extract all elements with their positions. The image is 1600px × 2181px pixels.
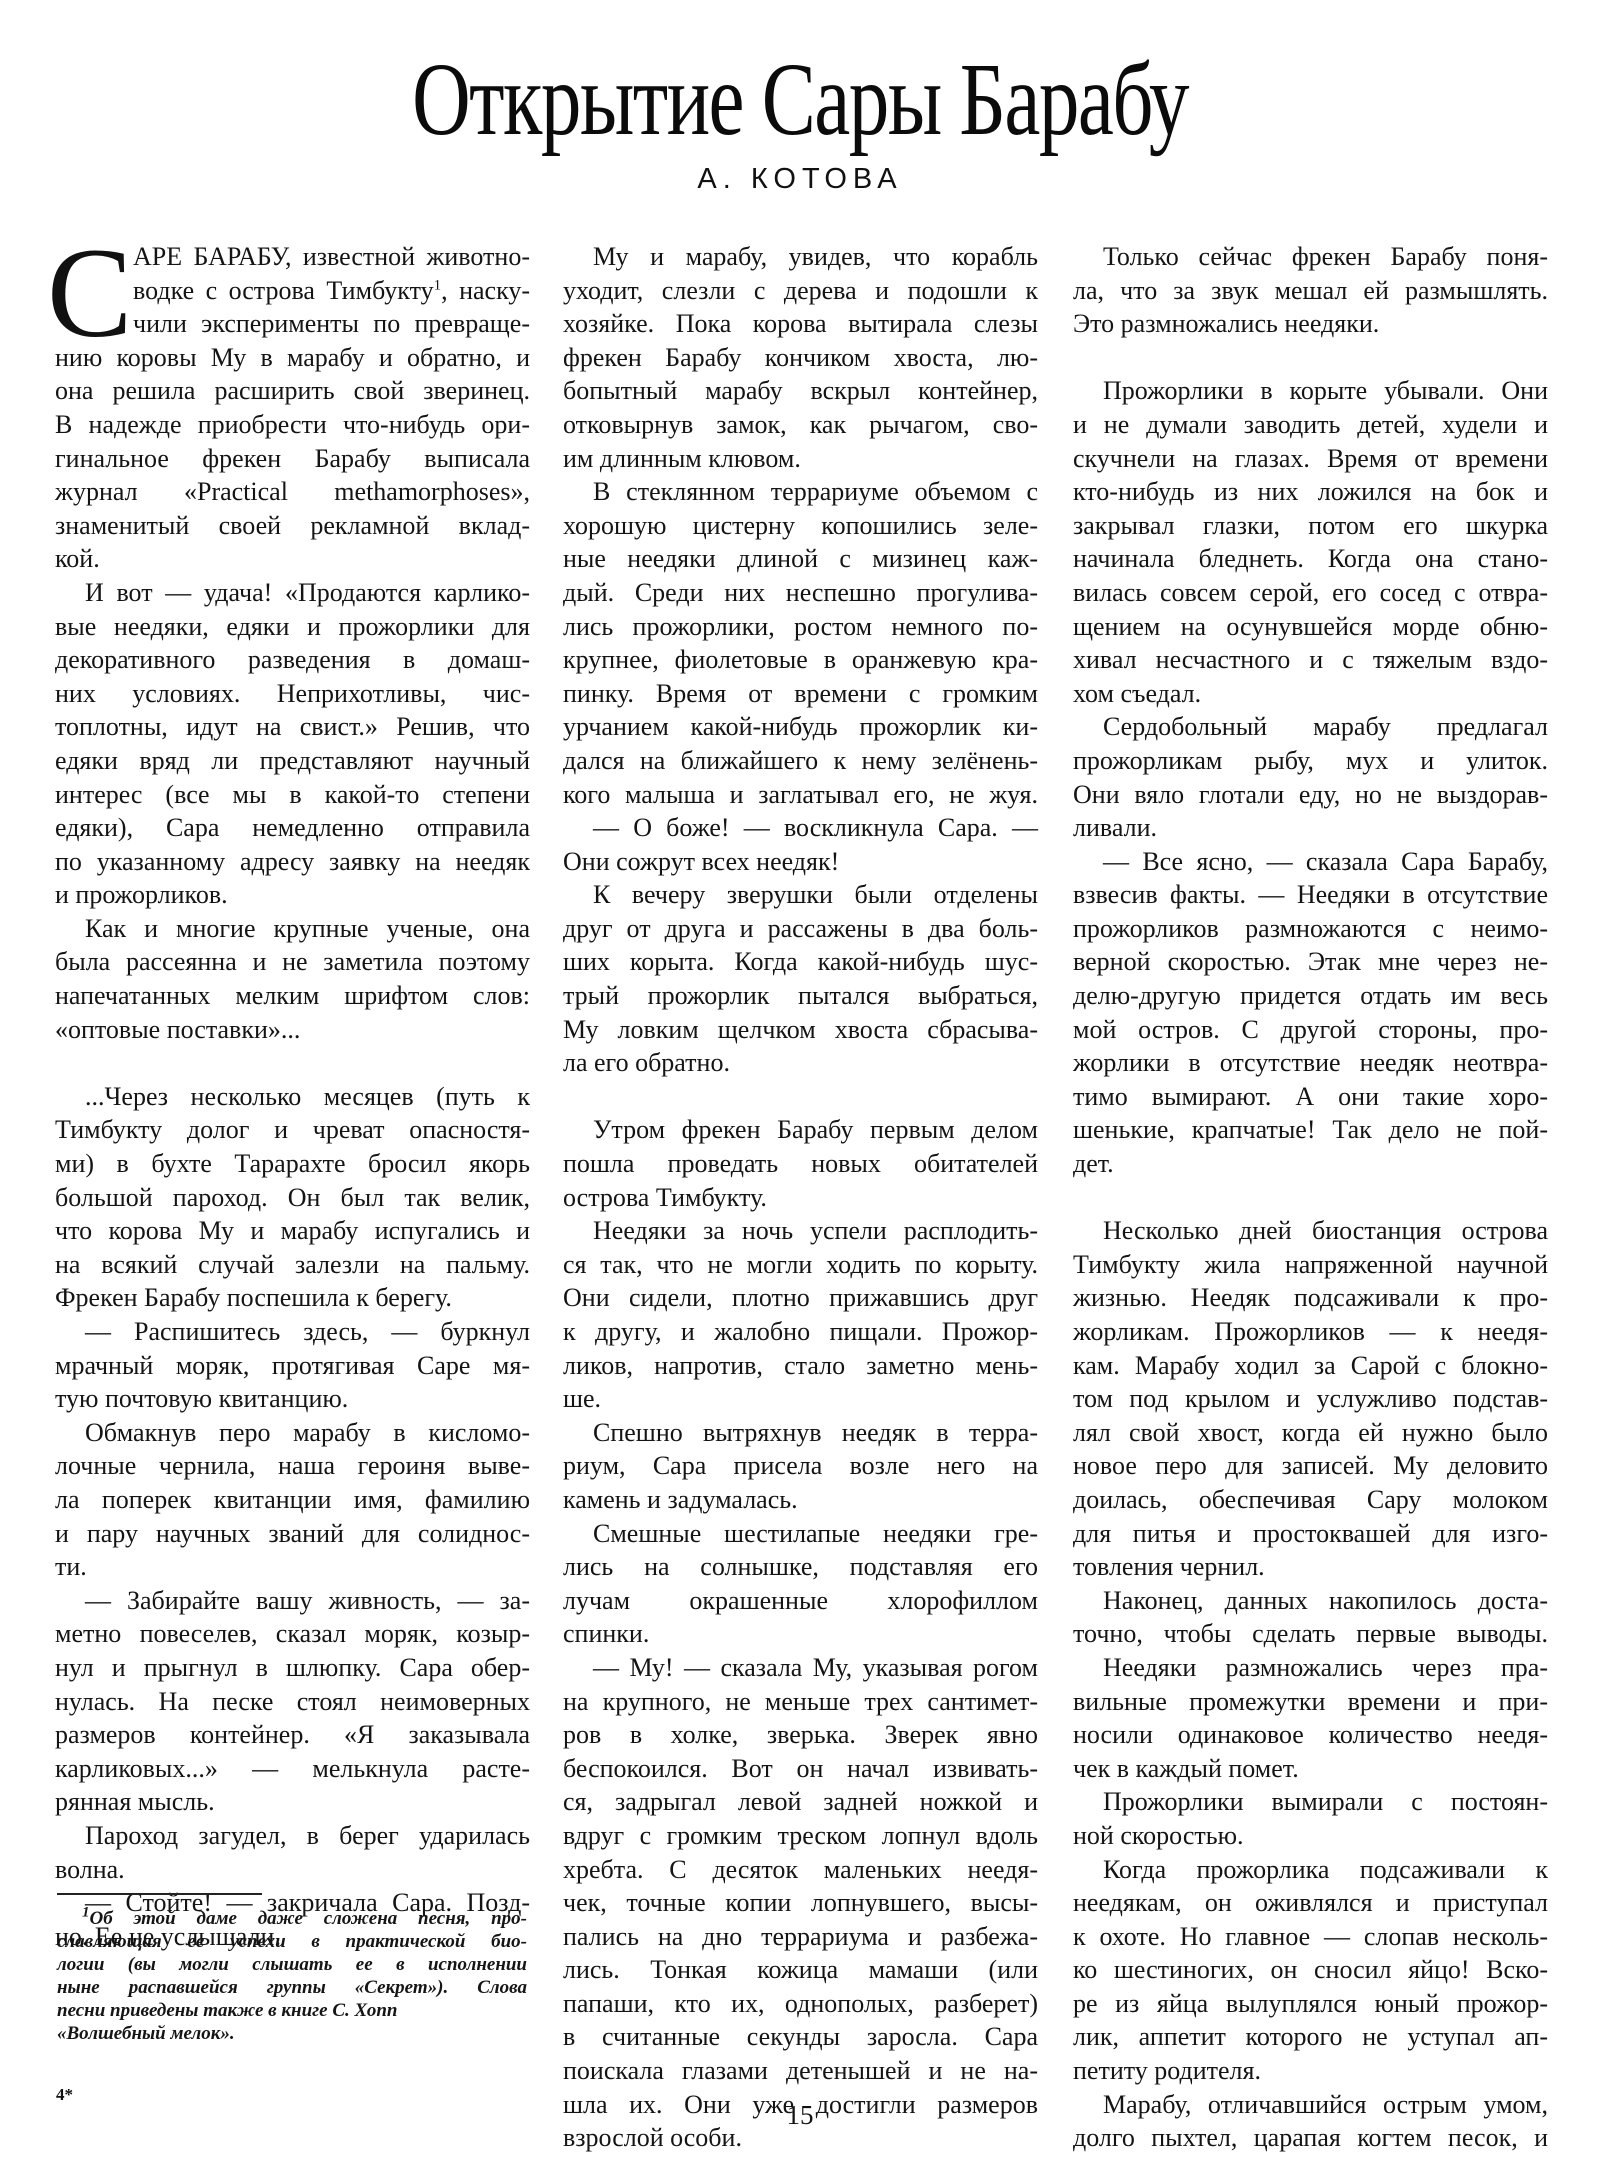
text-line: размеров контейнер. «Я заказывала	[55, 1718, 530, 1752]
footnote-divider	[57, 1893, 262, 1895]
text-line: неедякам, он оживлялся и приступал	[1073, 1886, 1548, 1920]
text-line: В надежде приобрести что-нибудь ори-	[55, 408, 530, 442]
text-line: Как и многие крупные ученые, она	[55, 912, 530, 946]
text-line: и прожорликов.	[55, 878, 530, 912]
section-break	[1073, 1181, 1548, 1215]
text-line: риум, Сара присела возле него на	[563, 1449, 1038, 1483]
text-line: Они сожрут всех неедяк!	[563, 845, 1038, 879]
text-line: Тимбукту жила напряженной научной	[1073, 1248, 1548, 1282]
text-line: вильные промежутки времени и при-	[1073, 1685, 1548, 1719]
text-line: беспокоился. Вот он начал извивать-	[563, 1752, 1038, 1786]
text-line: хозяйке. Пока корова вытирала слезы	[563, 307, 1038, 341]
text-line: Прожорлики вымирали с постоян-	[1073, 1785, 1548, 1819]
drop-cap: С	[47, 238, 132, 348]
text-line: поискала глазами детенышей и не на-	[563, 2054, 1038, 2088]
text-line: ной скоростью.	[1073, 1819, 1548, 1853]
article-title: Открытие Сары Барабу	[176, 48, 1424, 152]
text-line: ся, задрыгал левой задней ножкой и	[563, 1785, 1038, 1819]
text-line: трый прожорлик пытался выбраться,	[563, 979, 1038, 1013]
text-line: ла, что за звук мешал ей размышлять.	[1073, 274, 1548, 308]
text-line: что корова Му и марабу испугались и	[55, 1214, 530, 1248]
text-line: Спешно вытряхнув неедяк в терра-	[563, 1416, 1038, 1450]
text-line: Фрекен Барабу поспешила к берегу.	[55, 1281, 530, 1315]
text-line: ти.	[55, 1550, 530, 1584]
text-line: волна.	[55, 1853, 530, 1887]
text-line: взвесив факты. — Неедяки в отсутствие	[1073, 878, 1548, 912]
text-line: Наконец, данных накопилось доста-	[1073, 1584, 1548, 1618]
text-line: жорликам. Прожорликов — к неедя-	[1073, 1315, 1548, 1349]
text-line: кой.	[55, 542, 530, 576]
text-line: Сердобольный марабу предлагал	[1073, 710, 1548, 744]
text-line: уходит, слезли с дерева и подошли к	[563, 274, 1038, 308]
text-line: Неедяки за ночь успели расплодить-	[563, 1214, 1038, 1248]
text-line: кого малыша и заглатывал его, не жуя.	[563, 778, 1038, 812]
text-line: щением на осунувшейся морде обню-	[1073, 610, 1548, 644]
text-line: едяки вряд ли представляют научный	[55, 744, 530, 778]
text-line: вые неедяки, едяки и прожорлики для	[55, 610, 530, 644]
footnote-reference: 1	[434, 277, 442, 293]
text-line: им длинным клювом.	[563, 442, 1038, 476]
text-line: ...Через несколько месяцев (путь к	[55, 1080, 530, 1114]
text-line: верной скоростью. Этак мне через не-	[1073, 945, 1548, 979]
text-line: метно повеселев, сказал моряк, козыр-	[55, 1617, 530, 1651]
text-line: тую почтовую квитанцию.	[55, 1382, 530, 1416]
text-line: друг от друга и рассажены в два боль-	[563, 912, 1038, 946]
footnote-line: песни приведены также в книге С. Хопп	[57, 1999, 527, 2022]
text-line: начинала бледнеть. Когда она стано-	[1073, 542, 1548, 576]
text-line: она решила расширить свой зверинец.	[55, 374, 530, 408]
text-line: ла поперек квитанции имя, фамилию	[55, 1483, 530, 1517]
text-line: прожорликов размножаются с неимо-	[1073, 912, 1548, 946]
text-line: Они вяло глотали еду, но не выздорав-	[1073, 778, 1548, 812]
text-line: товления чернил.	[1073, 1550, 1548, 1584]
text-line: лочные чернила, наша героиня выве-	[55, 1449, 530, 1483]
footnote-line: логии (вы могли слышать ее в исполнении	[57, 1953, 527, 1976]
text-line: и пару научных званий для солиднос-	[55, 1517, 530, 1551]
text-line: шенькие, крапчатые! Так дело не пой-	[1073, 1113, 1548, 1147]
text-line: лучам окрашенные хлорофиллом	[563, 1584, 1038, 1618]
text-line: Смешные шестилапые неедяки гре-	[563, 1517, 1038, 1551]
text-line: Они сидели, плотно прижавшись друг	[563, 1281, 1038, 1315]
text-line: ликов, напротив, стало заметно мень-	[563, 1349, 1038, 1383]
text-line: дался на ближайшего к нему зелёнень-	[563, 744, 1038, 778]
text-line: топлотны, идут на свист.» Решив, что	[55, 710, 530, 744]
text-line: мой остров. С другой стороны, про-	[1073, 1013, 1548, 1047]
text-line: и не думали заводить детей, худели и	[1073, 408, 1548, 442]
text-line: закрывал глазки, потом его шкурка	[1073, 509, 1548, 543]
footnote-line: 1Об этой даме даже сложена песня, про-	[57, 1907, 527, 1930]
text-line: знаменитый своей рекламной вклад-	[55, 509, 530, 543]
text-line: чек в каждый помет.	[1073, 1752, 1548, 1786]
text-line: гинальное фрекен Барабу выписала	[55, 442, 530, 476]
text-line: острова Тимбукту.	[563, 1181, 1038, 1215]
text-line: на крупного, не меньше трех сантимет-	[563, 1685, 1038, 1719]
text-line: ко шестиногих, он сносил яйцо! Вско-	[1073, 1953, 1548, 1987]
text-line: — Все ясно, — сказала Сара Барабу,	[1073, 845, 1548, 879]
text-line: В стеклянном террариуме объемом с	[563, 475, 1038, 509]
text-line: ливали.	[1073, 811, 1548, 845]
text-line: интерес (все мы в какой-то степени	[55, 778, 530, 812]
text-line: ших корыта. Когда какой-нибудь шус-	[563, 945, 1038, 979]
text-line: «оптовые поставки»...	[55, 1013, 530, 1047]
text-line: вилась совсем серой, его сосед с отвра-	[1073, 576, 1548, 610]
text-line: пошла проведать новых обитателей	[563, 1147, 1038, 1181]
text-line: петиту родителя.	[1073, 2054, 1548, 2088]
text-line: Му и марабу, увидев, что корабль	[563, 240, 1038, 274]
text-line: вдруг с громким треском лопнул вдоль	[563, 1819, 1038, 1853]
text-line: новое перо для записей. Му деловито	[1073, 1449, 1548, 1483]
text-line: Только сейчас фрекен Барабу поня-	[1073, 240, 1548, 274]
text-line: прожорликам рыбу, мух и улиток.	[1073, 744, 1548, 778]
footnote-marker: 1	[82, 1905, 90, 1921]
text-line: папаши, кто их, однополых, разберет)	[563, 1987, 1038, 2021]
text-line: жорлики в отсутствие неедяк неотвра-	[1073, 1046, 1548, 1080]
text-line: едяки), Сара немедленно отправила	[55, 811, 530, 845]
text-line: Прожорлики в корыте убывали. Они	[1073, 374, 1548, 408]
text-line: них условиях. Неприхотливы, чис-	[55, 677, 530, 711]
text-line: урчанием какой-нибудь прожорлик ки-	[563, 710, 1038, 744]
text-line: жизнью. Неедяк подсаживали к про-	[1073, 1281, 1548, 1315]
text-line: дый. Среди них неспешно прогулива-	[563, 576, 1038, 610]
text-line: лись. Тонкая кожица мамаши (или	[563, 1953, 1038, 1987]
text-line: носили одинаковое количество неедя-	[1073, 1718, 1548, 1752]
section-break	[563, 1080, 1038, 1114]
text-line: — Му! — сказала Му, указывая рогом	[563, 1651, 1038, 1685]
text-line: лись прожорлики, ростом немного по-	[563, 610, 1038, 644]
text-line: — О боже! — воскликнула Сара. —	[563, 811, 1038, 845]
text-line: кто-нибудь из них ложился на бок и	[1073, 475, 1548, 509]
text-column-2: Му и марабу, увидев, что корабльуходит, …	[563, 240, 1038, 2155]
text-line: напечатанных мелким шрифтом слов:	[55, 979, 530, 1013]
text-line: лял свой хвост, когда ей нужно было	[1073, 1416, 1548, 1450]
text-line: ные неедяки длиной с мизинец каж-	[563, 542, 1038, 576]
text-line: нулась. На песке стоял неимоверных	[55, 1685, 530, 1719]
text-line: мрачный моряк, протягивая Саре мя-	[55, 1349, 530, 1383]
footnote-line: «Волшебный мелок».	[57, 2022, 527, 2045]
text-line: скучнели на глазах. Время от времени	[1073, 442, 1548, 476]
text-line: ре из яйца вылуплялся юный прожор-	[1073, 1987, 1548, 2021]
text-line: хом съедал.	[1073, 677, 1548, 711]
text-line: Это размножались неедяки.	[1073, 307, 1548, 341]
page-number: 15	[0, 2100, 1600, 2131]
text-line: пались на дно террариума и разбежа-	[563, 1920, 1038, 1954]
text-line: том под крылом и услужливо подстав-	[1073, 1382, 1548, 1416]
text-line: ми) в бухте Тарарахте бросил якорь	[55, 1147, 530, 1181]
text-line: ся так, что не могли ходить по корыту.	[563, 1248, 1038, 1282]
text-line: ше.	[563, 1382, 1038, 1416]
text-line: доилась, обеспечивая Сару молоком	[1073, 1483, 1548, 1517]
text-line: нул и прыгнул в шлюпку. Сара обер-	[55, 1651, 530, 1685]
text-line: хребта. С десяток маленьких неедя-	[563, 1853, 1038, 1887]
text-line: делю-другую придется отдать им весь	[1073, 979, 1548, 1013]
text-line: Тимбукту долог и чреват опасностя-	[55, 1113, 530, 1147]
footnote-line: ныне распавшейся группы «Секрет»). Слова	[57, 1976, 527, 1999]
text-line: точно, чтобы сделать первые выводы.	[1073, 1617, 1548, 1651]
text-line: — Распишитесь здесь, — буркнул	[55, 1315, 530, 1349]
text-line: дет.	[1073, 1147, 1548, 1181]
text-line: Пароход загудел, в берег ударилась	[55, 1819, 530, 1853]
text-line: карликовых...» — мелькнула расте-	[55, 1752, 530, 1786]
footnote-line: славляющая ее успехи в практической био-	[57, 1930, 527, 1953]
text-line: крупнее, фиолетовые в оранжевую кра-	[563, 643, 1038, 677]
text-line: Обмакнув перо марабу в кисломо-	[55, 1416, 530, 1450]
text-line: ла его обратно.	[563, 1046, 1038, 1080]
text-line: тимо вымирают. А они такие хоро-	[1073, 1080, 1548, 1114]
text-line: ров в холке, зверька. Зверек явно	[563, 1718, 1038, 1752]
section-break	[1073, 341, 1548, 375]
text-line: отковырнув замок, как рычагом, сво-	[563, 408, 1038, 442]
text-line: И вот — удача! «Продаются карлико-	[55, 576, 530, 610]
text-line: Когда прожорлика подсаживали к	[1073, 1853, 1548, 1887]
text-line: К вечеру зверушки были отделены	[563, 878, 1038, 912]
text-line: к охоте. Но главное — слопав несколь-	[1073, 1920, 1548, 1954]
text-line: Несколько дней биостанция острова	[1073, 1214, 1548, 1248]
text-line: по указанному адресу заявку на неедяк	[55, 845, 530, 879]
text-line: чек, точные копии лопнувшего, высы-	[563, 1886, 1038, 1920]
text-line: журнал «Practical methamorphoses»,	[55, 475, 530, 509]
text-line: на всякий случай залезли на пальму.	[55, 1248, 530, 1282]
text-line: кам. Марабу ходил за Сарой с блокно-	[1073, 1349, 1548, 1383]
text-line: фрекен Барабу кончиком хвоста, лю-	[563, 341, 1038, 375]
text-line: рянная мысль.	[55, 1785, 530, 1819]
text-line: к другу, и жалобно пищали. Прожор-	[563, 1315, 1038, 1349]
text-line: была рассеянна и не заметила поэтому	[55, 945, 530, 979]
footnote: 1Об этой даме даже сложена песня, про-сл…	[57, 1907, 527, 2045]
text-line: камень и задумалась.	[563, 1483, 1038, 1517]
article-author: А. КОТОВА	[0, 163, 1600, 196]
text-line: Неедяки размножались через пра-	[1073, 1651, 1548, 1685]
text-line: большой пароход. Он был так велик,	[55, 1181, 530, 1215]
text-line: лик, аппетит которого не уступал ап-	[1073, 2020, 1548, 2054]
text-line: бопытный марабу вскрыл контейнер,	[563, 374, 1038, 408]
text-column-3: Только сейчас фрекен Барабу поня-ла, что…	[1073, 240, 1548, 2155]
text-line: лись на солнышке, подставляя его	[563, 1550, 1038, 1584]
text-line: Утром фрекен Барабу первым делом	[563, 1113, 1038, 1147]
text-line: в считанные секунды заросла. Сара	[563, 2020, 1038, 2054]
section-break	[55, 1046, 530, 1080]
text-column-1: САРЕ БАРАБУ, известной животно-водке с о…	[55, 240, 530, 1953]
text-line: хивал несчастного и с тяжелым вздо-	[1073, 643, 1548, 677]
text-line: спинки.	[563, 1617, 1038, 1651]
text-line: для питья и простоквашей для изго-	[1073, 1517, 1548, 1551]
text-line: пинку. Время от времени с громким	[563, 677, 1038, 711]
text-line: — Забирайте вашу живность, — за-	[55, 1584, 530, 1618]
text-line: хорошую цистерну копошились зеле-	[563, 509, 1038, 543]
text-line: Му ловким щелчком хвоста сбрасыва-	[563, 1013, 1038, 1047]
text-line: декоративного разведения в домаш-	[55, 643, 530, 677]
